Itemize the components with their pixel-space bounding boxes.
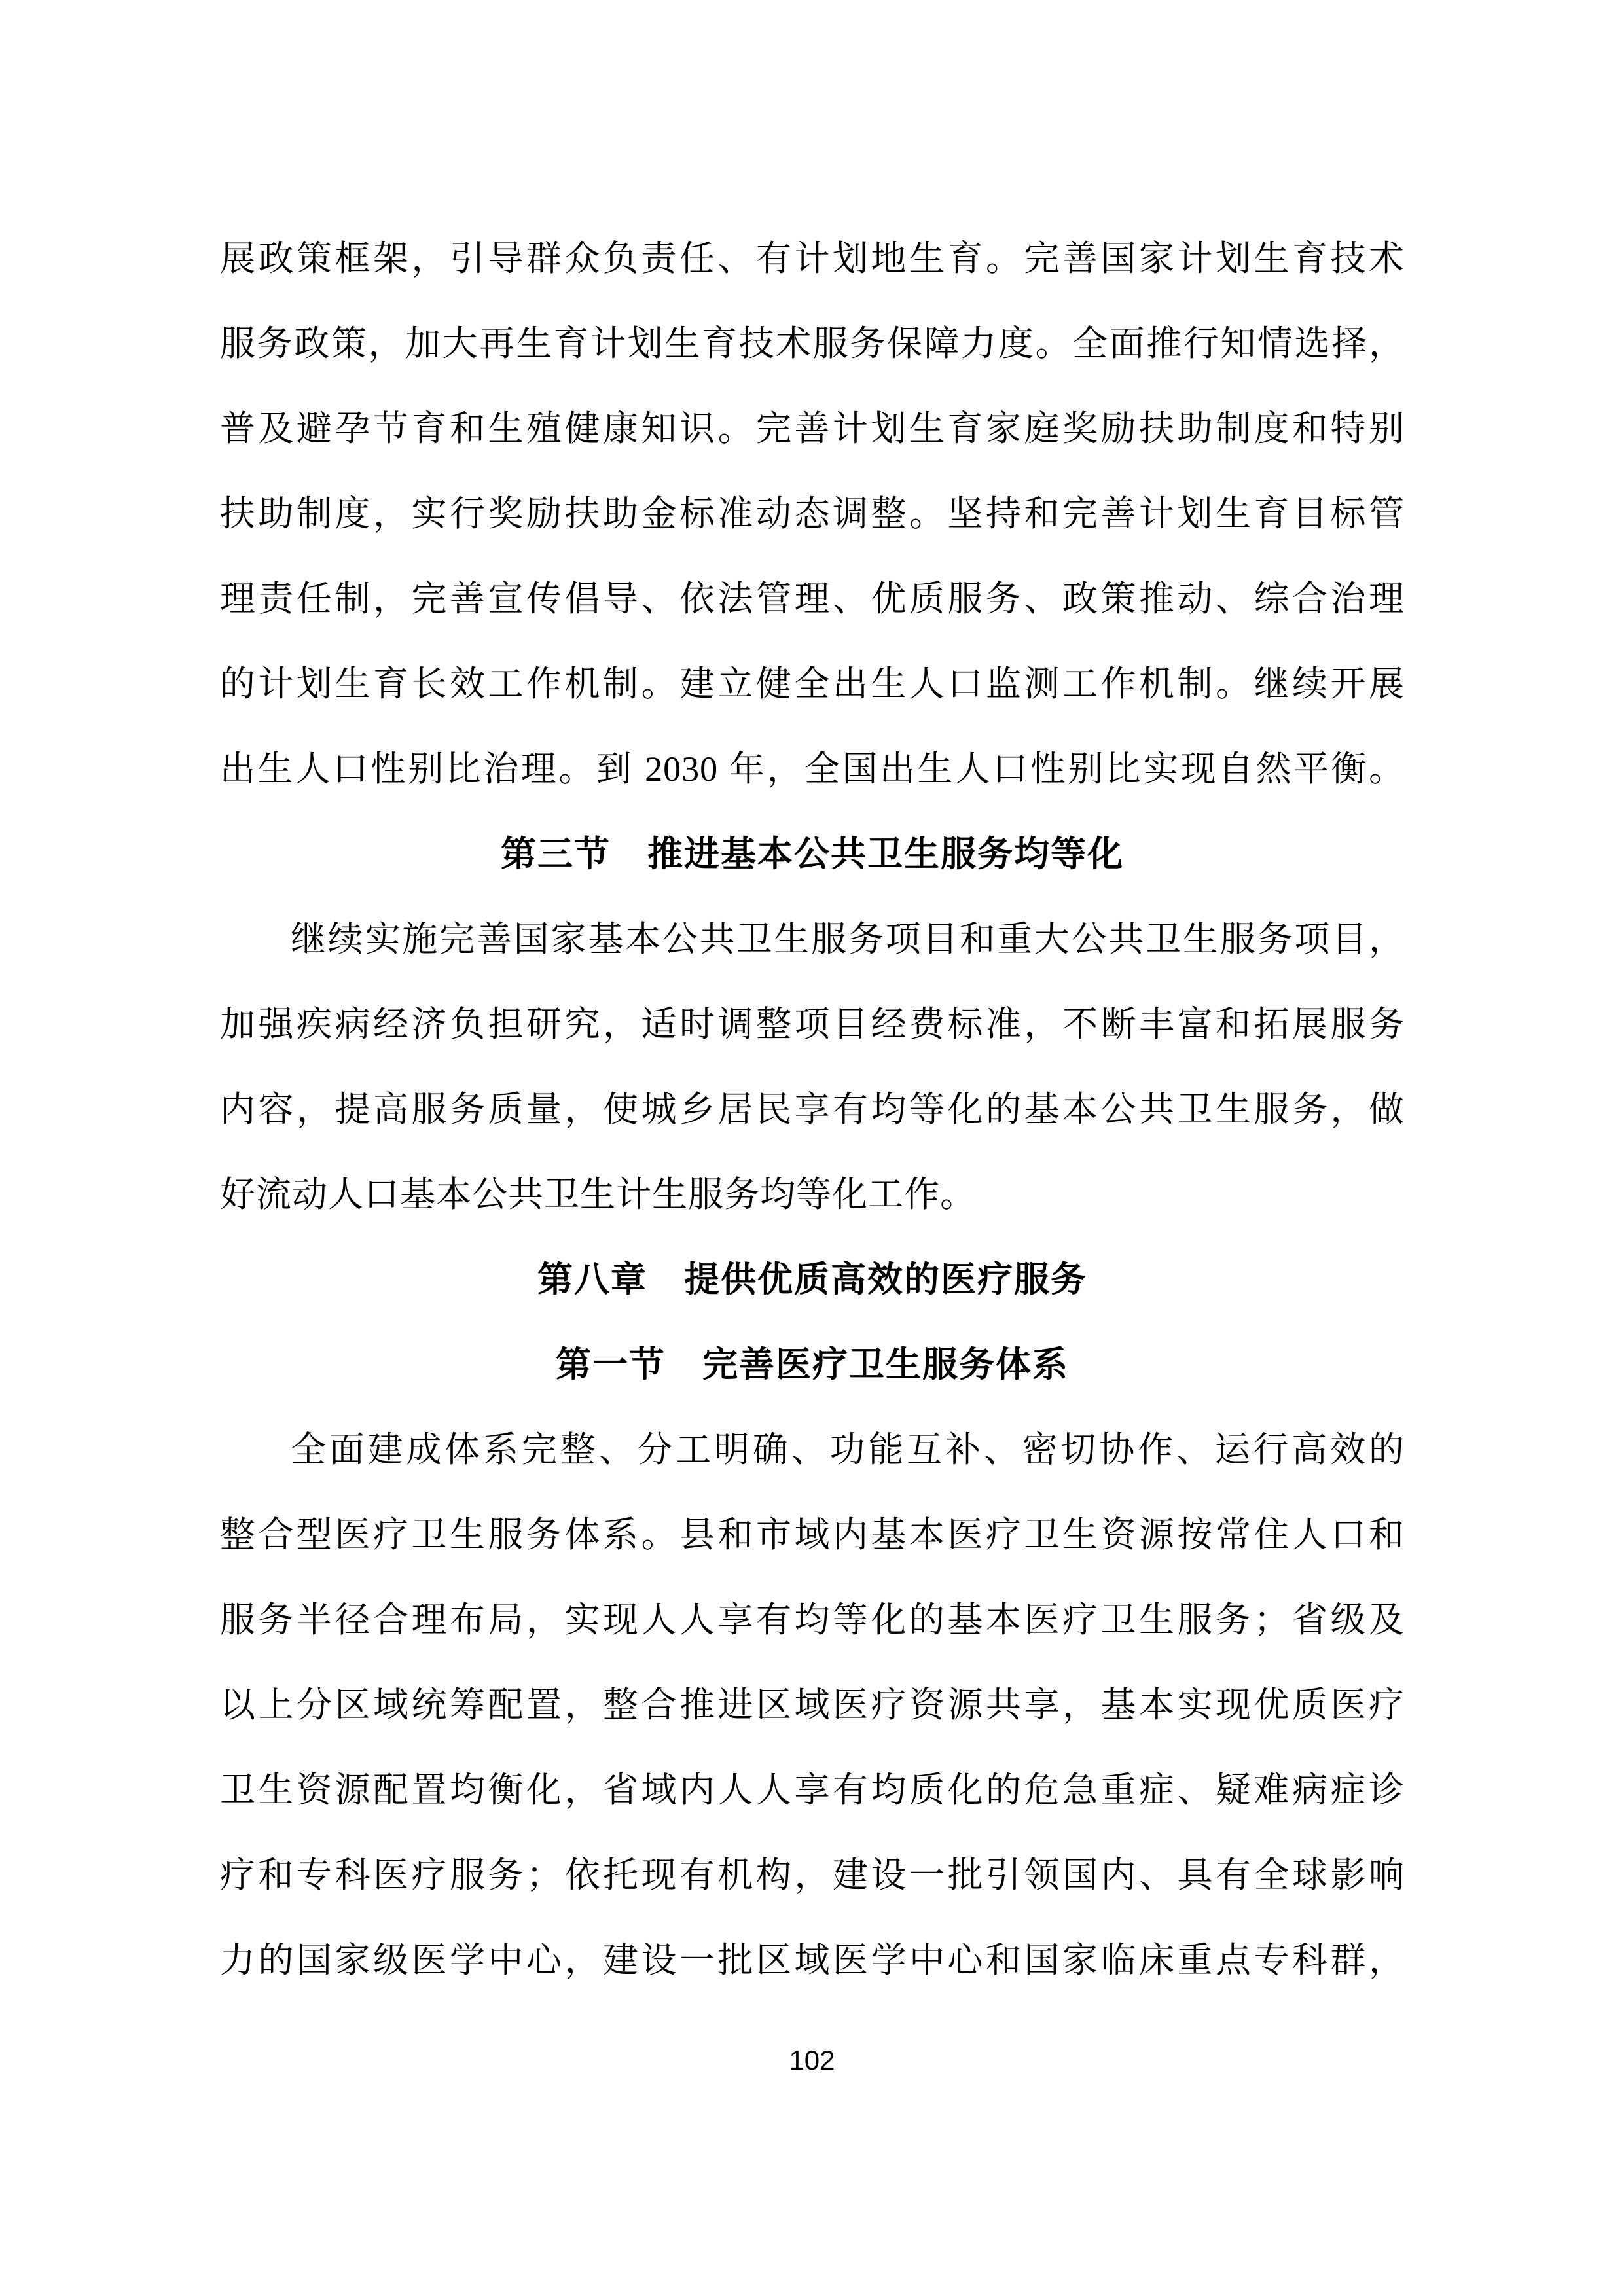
body-text-line: 的计划生育长效工作机制。建立健全出生人口监测工作机制。继续开展 bbox=[220, 641, 1405, 726]
body-text-line: 整合型医疗卫生服务体系。县和市域内基本医疗卫生资源按常住人口和 bbox=[220, 1492, 1405, 1577]
document-page: 展政策框架，引导群众负责任、有计划地生育。完善国家计划生育技术 服务政策，加大再… bbox=[0, 0, 1624, 2296]
body-text-line: 力的国家级医学中心，建设一批区域医学中心和国家临床重点专科群， bbox=[220, 1918, 1405, 2003]
body-text-line: 以上分区域统筹配置，整合推进区域医疗资源共享，基本实现优质医疗 bbox=[220, 1662, 1405, 1748]
body-text-line: 服务半径合理布局，实现人人享有均等化的基本医疗卫生服务；省级及 bbox=[220, 1577, 1405, 1662]
heading-section-3: 第三节 推进基本公共卫生服务均等化 bbox=[220, 812, 1405, 897]
body-text-line: 继续实施完善国家基本公共卫生服务项目和重大公共卫生服务项目， bbox=[220, 897, 1405, 982]
body-text-line: 内容，提高服务质量，使城乡居民享有均等化的基本公共卫生服务，做 bbox=[220, 1067, 1405, 1152]
text-column: 展政策框架，引导群众负责任、有计划地生育。完善国家计划生育技术 服务政策，加大再… bbox=[220, 216, 1405, 2003]
body-text-line: 疗和专科医疗服务；依托现有机构，建设一批引领国内、具有全球影响 bbox=[220, 1833, 1405, 1918]
body-text-line: 服务政策，加大再生育计划生育技术服务保障力度。全面推行知情选择， bbox=[220, 301, 1405, 386]
body-text-line: 加强疾病经济负担研究，适时调整项目经费标准，不断丰富和拓展服务 bbox=[220, 982, 1405, 1067]
body-text-line: 全面建成体系完整、分工明确、功能互补、密切协作、运行高效的 bbox=[220, 1407, 1405, 1492]
body-text-line: 理责任制，完善宣传倡导、依法管理、优质服务、政策推动、综合治理 bbox=[220, 556, 1405, 641]
body-text-line: 卫生资源配置均衡化，省域内人人享有均质化的危急重症、疑难病症诊 bbox=[220, 1748, 1405, 1833]
body-text-line: 扶助制度，实行奖励扶助金标准动态调整。坚持和完善计划生育目标管 bbox=[220, 471, 1405, 556]
heading-section-1: 第一节 完善医疗卫生服务体系 bbox=[220, 1322, 1405, 1407]
body-text-line: 出生人口性别比治理。到 2030 年，全国出生人口性别比实现自然平衡。 bbox=[220, 726, 1405, 812]
body-text-line: 好流动人口基本公共卫生计生服务均等化工作。 bbox=[220, 1152, 1405, 1237]
body-text-line: 普及避孕节育和生殖健康知识。完善计划生育家庭奖励扶助制度和特别 bbox=[220, 386, 1405, 471]
heading-chapter-8: 第八章 提供优质高效的医疗服务 bbox=[220, 1237, 1405, 1322]
body-text-line: 展政策框架，引导群众负责任、有计划地生育。完善国家计划生育技术 bbox=[220, 216, 1405, 301]
page-number: 102 bbox=[0, 2041, 1624, 2080]
